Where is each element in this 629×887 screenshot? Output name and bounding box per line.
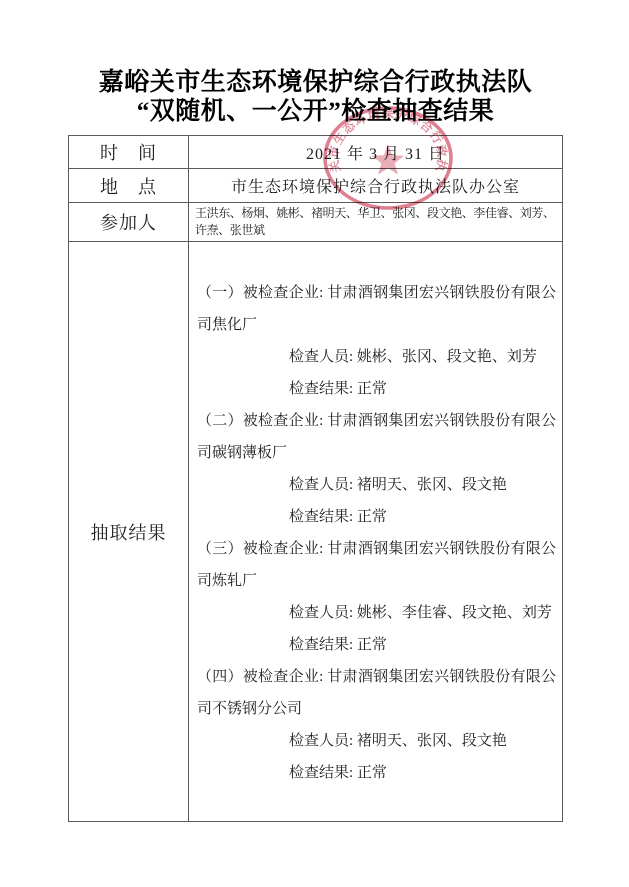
result-line: 检查结果: 正常 <box>289 757 556 789</box>
inspectors-line: 检查人员: 姚彬、张冈、段文艳、刘芳 <box>289 341 556 373</box>
document-title-line1: 嘉峪关市生态环境保护综合行政执法队 <box>68 68 563 97</box>
row-label-results: 抽取结果 <box>69 242 189 822</box>
time-value: 2021 年 3 月 31 日 <box>189 136 563 169</box>
enterprise-line: （二）被检查企业: 甘肃酒钢集团宏兴钢铁股份有限公司碳钢薄板厂 <box>197 405 556 469</box>
inspection-section-4: （四）被检查企业: 甘肃酒钢集团宏兴钢铁股份有限公司不锈钢分公司 检查人员: 褚… <box>197 661 556 789</box>
row-label-location: 地 点 <box>69 169 189 203</box>
result-line: 检查结果: 正常 <box>289 373 556 405</box>
table-row-participants: 参加人 王洪东、杨炯、姚彬、褚明天、华卫、张冈、段文艳、李佳睿、刘芳、许焘、张世… <box>69 203 563 242</box>
inspection-section-3: （三）被检查企业: 甘肃酒钢集团宏兴钢铁股份有限公司炼轧厂 检查人员: 姚彬、李… <box>197 533 556 661</box>
row-label-participants: 参加人 <box>69 203 189 242</box>
participants-value: 王洪东、杨炯、姚彬、褚明天、华卫、张冈、段文艳、李佳睿、刘芳、许焘、张世斌 <box>189 203 563 242</box>
inspectors-line: 检查人员: 姚彬、李佳睿、段文艳、刘芳 <box>289 597 556 629</box>
result-line: 检查结果: 正常 <box>289 629 556 661</box>
enterprise-line: （一）被检查企业: 甘肃酒钢集团宏兴钢铁股份有限公司焦化厂 <box>197 277 556 341</box>
document-title-line2: “双随机、一公开”检查抽查结果 <box>68 97 563 126</box>
table-row-location: 地 点 市生态环境保护综合行政执法队办公室 <box>69 169 563 203</box>
results-content: （一）被检查企业: 甘肃酒钢集团宏兴钢铁股份有限公司焦化厂 检查人员: 姚彬、张… <box>189 242 563 822</box>
document-page: 嘉峪关市生态环境保护综合行政执法队 “双随机、一公开”检查抽查结果 嘉峪关市生态… <box>0 0 629 887</box>
table-row-results: 抽取结果 （一）被检查企业: 甘肃酒钢集团宏兴钢铁股份有限公司焦化厂 检查人员:… <box>69 242 563 822</box>
location-value: 市生态环境保护综合行政执法队办公室 <box>189 169 563 203</box>
inspectors-line: 检查人员: 褚明天、张冈、段文艳 <box>289 725 556 757</box>
enterprise-line: （四）被检查企业: 甘肃酒钢集团宏兴钢铁股份有限公司不锈钢分公司 <box>197 661 556 725</box>
document-title: 嘉峪关市生态环境保护综合行政执法队 “双随机、一公开”检查抽查结果 <box>68 68 563 126</box>
inspection-section-1: （一）被检查企业: 甘肃酒钢集团宏兴钢铁股份有限公司焦化厂 检查人员: 姚彬、张… <box>197 277 556 405</box>
row-label-time: 时 间 <box>69 136 189 169</box>
enterprise-line: （三）被检查企业: 甘肃酒钢集团宏兴钢铁股份有限公司炼轧厂 <box>197 533 556 597</box>
table-row-time: 时 间 2021 年 3 月 31 日 <box>69 136 563 169</box>
inspection-table: 时 间 2021 年 3 月 31 日 地 点 市生态环境保护综合行政执法队办公… <box>68 135 563 822</box>
inspection-section-2: （二）被检查企业: 甘肃酒钢集团宏兴钢铁股份有限公司碳钢薄板厂 检查人员: 褚明… <box>197 405 556 533</box>
result-line: 检查结果: 正常 <box>289 501 556 533</box>
inspectors-line: 检查人员: 褚明天、张冈、段文艳 <box>289 469 556 501</box>
